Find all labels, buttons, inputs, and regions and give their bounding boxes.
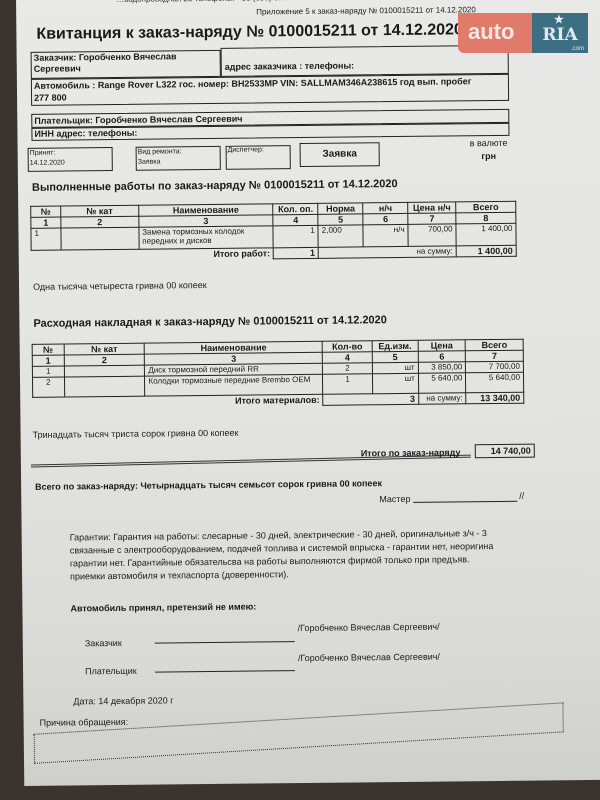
col-header: н/ч	[363, 202, 408, 213]
row-price: 700,00	[408, 224, 456, 247]
row-total: 1 400,00	[456, 223, 516, 246]
payer-sign-name: /Горобченко Вячеслав Сергеевич/	[298, 652, 440, 663]
col-header: Кол-во	[322, 341, 372, 353]
works-table: № № кат Наименование Кол. оп. Норма н/ч …	[30, 201, 517, 262]
row-number: 2	[32, 377, 64, 397]
row-unit: шт	[372, 362, 418, 373]
customer-sign-name: /Горобченко Вячеслав Сергеевич/	[298, 622, 440, 633]
master-signature-line	[413, 501, 517, 503]
row-name: Колодки тормозные передние Brembo OEM	[145, 374, 323, 396]
col-number: 6	[418, 351, 466, 362]
watermark-ria-text: RIA	[542, 25, 577, 45]
col-number: 2	[64, 354, 145, 366]
col-header: №	[32, 344, 64, 355]
customer-signature-line[interactable]	[155, 641, 295, 643]
materials-table: № № кат Наименование Кол-во Ед.изм. Цена…	[32, 339, 525, 409]
row-price: 3 850,00	[418, 362, 466, 373]
row-name-line: передних и дисков	[142, 235, 270, 245]
col-number: 4	[273, 214, 318, 225]
company-contact-line: …водопроводная 28 телефоны: +38 (050) 3…	[116, 0, 286, 4]
row-unit: н/ч	[363, 224, 408, 246]
payer-inn: ИНН адрес: телефоны:	[34, 128, 137, 139]
request-box: Заявка	[300, 142, 380, 167]
grand-total-label: Итого по заказ-наряду	[361, 447, 461, 458]
works-sum-label: на сумму:	[318, 246, 456, 258]
document-date: Дата: 14 декабря 2020 г	[73, 695, 173, 706]
grand-total-value: 14 740,00	[475, 444, 535, 459]
watermark-auto: auto	[458, 13, 532, 53]
row-qty: 1	[273, 225, 318, 247]
col-number: 4	[323, 352, 373, 364]
col-number: 5	[318, 214, 363, 225]
col-number: 1	[31, 217, 61, 228]
col-number: 8	[456, 212, 516, 224]
materials-total-qty: 3	[323, 393, 419, 405]
row-total: 7 700,00	[466, 361, 524, 373]
accepted-label: Принят:	[30, 148, 65, 158]
col-header: № кат	[61, 205, 139, 217]
repair-type-label: Вид ремонта:	[138, 147, 182, 157]
watermark-com: .com	[571, 46, 584, 52]
materials-sum-value: 13 340,00	[466, 392, 524, 404]
row-qty: 2	[323, 363, 373, 375]
customer-sign-label: Заказчик	[85, 638, 122, 648]
autoria-watermark: auto ★ RIA .com	[458, 13, 588, 53]
customer-name: Заказчик: Горобченко Вячеслав Сергеевич	[34, 51, 177, 74]
payer-sign-label: Плательщик	[85, 666, 137, 677]
col-header: Ед.изм.	[372, 340, 418, 351]
col-header: Всего	[456, 201, 516, 213]
accepted-field: Принят: 14.12.2020	[30, 148, 65, 168]
vehicle-info: Автомобиль : Range Rover L322 гос. номер…	[34, 75, 472, 104]
customer-address-phones: адрес заказчика : телефоны:	[225, 60, 354, 71]
materials-amount-in-words: Тринадцать тысяч триста сорок гривна 00 …	[33, 428, 239, 440]
customer-line-2: Сергеевич	[34, 62, 177, 74]
row-number: 1	[31, 228, 61, 250]
col-number: 6	[363, 213, 408, 224]
reason-input-box[interactable]	[34, 702, 564, 763]
col-number: 1	[32, 355, 64, 366]
reason-label: Причина обращения:	[40, 717, 129, 728]
customer-line-1: Заказчик: Горобченко Вячеслав	[34, 51, 177, 63]
page-title: Квитанция к заказ-наряду № 0100015211 от…	[36, 21, 463, 43]
row-total: 5 640,00	[466, 372, 524, 393]
row-catalog	[64, 365, 145, 377]
col-header: Норма	[318, 203, 363, 214]
acceptance-heading: Автомобиль принял, претензий не имею:	[70, 602, 256, 614]
row-catalog	[61, 227, 139, 250]
grand-total-in-words: Всего по заказ-наряду: Четырнадцать тыся…	[35, 478, 382, 492]
repair-type-field: Вид ремонта: Заявка	[138, 147, 182, 167]
row-number: 1	[32, 366, 64, 377]
works-amount-in-words: Одна тысяча четыреста гривна 00 копеек	[33, 280, 207, 292]
row-price: 5 640,00	[418, 373, 466, 393]
col-header: № кат	[64, 343, 145, 355]
row-qty: 1	[323, 374, 373, 395]
appendix-note: Приложение 5 к заказ-наряду № 0100015211…	[256, 5, 476, 16]
currency-label: в валюте	[464, 137, 514, 151]
col-header: Цена н/ч	[408, 202, 456, 214]
master-suffix: //	[519, 491, 524, 501]
materials-section-title: Расходная накладная к заказ-наряду № 010…	[33, 314, 387, 330]
works-section-title: Выполненные работы по заказ-наряду № 010…	[32, 178, 398, 194]
works-total-qty: 1	[274, 247, 319, 258]
col-header: Кол. оп.	[273, 203, 318, 214]
col-header: Цена	[418, 340, 466, 351]
row-catalog	[64, 376, 145, 397]
row-name: Замена тормозных колодокпередних и диско…	[139, 226, 274, 249]
works-total-label: Итого работ:	[31, 248, 274, 262]
col-number: 2	[61, 216, 139, 228]
works-sum-value: 1 400,00	[456, 245, 516, 257]
row-unit: шт	[372, 373, 418, 393]
col-header: №	[31, 206, 61, 217]
repair-type-value: Заявка	[138, 157, 182, 167]
currency-field: в валюте грн	[464, 137, 514, 164]
accepted-date: 14.12.2020	[30, 158, 65, 168]
col-header: Всего	[466, 339, 524, 351]
materials-sum-label: на сумму:	[418, 393, 466, 404]
col-number: 5	[372, 351, 418, 362]
document-page: …водопроводная 28 телефоны: +38 (050) 3……	[16, 0, 600, 786]
row-norm: 2,000	[318, 225, 363, 247]
master-label: Мастер	[379, 494, 410, 504]
star-icon: ★	[554, 13, 564, 26]
col-number: 7	[408, 213, 456, 225]
payer-signature-line[interactable]	[155, 670, 295, 672]
watermark-ria: ★ RIA .com	[532, 13, 588, 53]
dispatcher-label: Диспетчер:	[228, 146, 264, 153]
warranty-text: Гарантии: Гарантия на работы: слесарные …	[70, 526, 571, 583]
materials-total-label: Итого материалов:	[33, 394, 323, 408]
col-number: 7	[466, 350, 524, 362]
currency-value: грн	[464, 150, 514, 164]
